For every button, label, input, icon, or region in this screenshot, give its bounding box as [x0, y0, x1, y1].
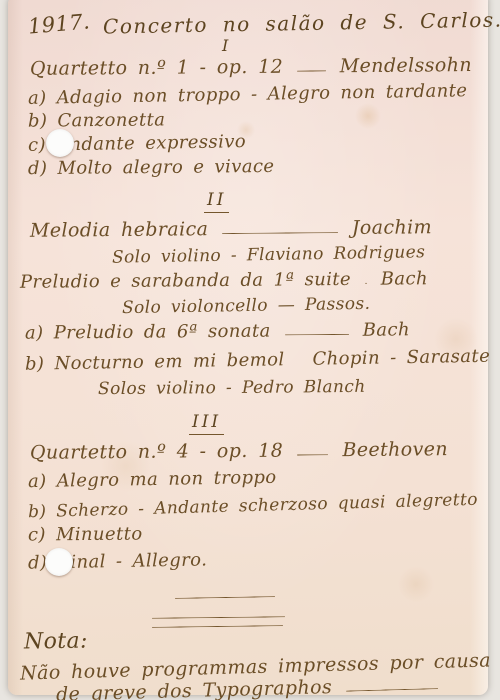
work-title: Quartetto n.º 4 - op. 18	[30, 441, 283, 465]
work-title: a) Preludio da 6ª sonata	[25, 322, 271, 345]
work-title: Melodia hebraica	[30, 219, 209, 242]
performer-line: Solos violino - Pedro Blanch	[98, 378, 366, 400]
program-line-quartet-1: Quartetto n.º 1 - op. 12 Mendelssohn	[30, 55, 472, 81]
hole-punch-bottom	[45, 548, 73, 576]
composer-name: Mendelssohn	[340, 55, 472, 78]
section-1-numeral: I	[222, 37, 229, 55]
hole-punch-top	[46, 129, 74, 157]
movement-line: c) Minuetto	[28, 525, 143, 547]
program-line-melodia: Melodia hebraica Joachim	[30, 217, 432, 242]
composer-name: Bach	[363, 320, 410, 341]
ink-dash	[222, 232, 338, 234]
work-title: Preludio e sarabanda da 1ª suite	[20, 270, 351, 294]
ink-dash	[365, 282, 367, 283]
work-title: Quartetto n.º 1 - op. 12	[30, 57, 283, 81]
movement-line: a) Alegro ma non troppo	[28, 468, 277, 493]
section-3-numeral: III	[189, 413, 224, 435]
scanned-concert-program: 1917. Concerto no salão de S. Carlos. I …	[0, 0, 500, 700]
movement-line: b) Canzonetta	[28, 110, 166, 132]
program-line-sarabanda: Preludio e sarabanda da 1ª suite Bach	[20, 269, 428, 293]
composer-name: Joachim	[352, 217, 432, 240]
ink-dash	[297, 70, 326, 71]
composer-name: Bach	[381, 269, 428, 290]
ink-dash	[285, 334, 349, 336]
program-line-quartet-4: Quartetto n.º 4 - op. 18 Beethoven	[30, 439, 448, 464]
ink-dash	[297, 454, 328, 455]
movement-line: d) Molto alegro e vivace	[28, 157, 275, 180]
program-line-preludio: a) Preludio da 6ª sonata Bach	[25, 320, 410, 344]
composer-name: Chopin - Sarasate	[312, 347, 490, 371]
composer-name: Beethoven	[342, 439, 448, 462]
section-2-numeral: II	[204, 191, 229, 213]
note-label: Nota:	[24, 628, 88, 654]
